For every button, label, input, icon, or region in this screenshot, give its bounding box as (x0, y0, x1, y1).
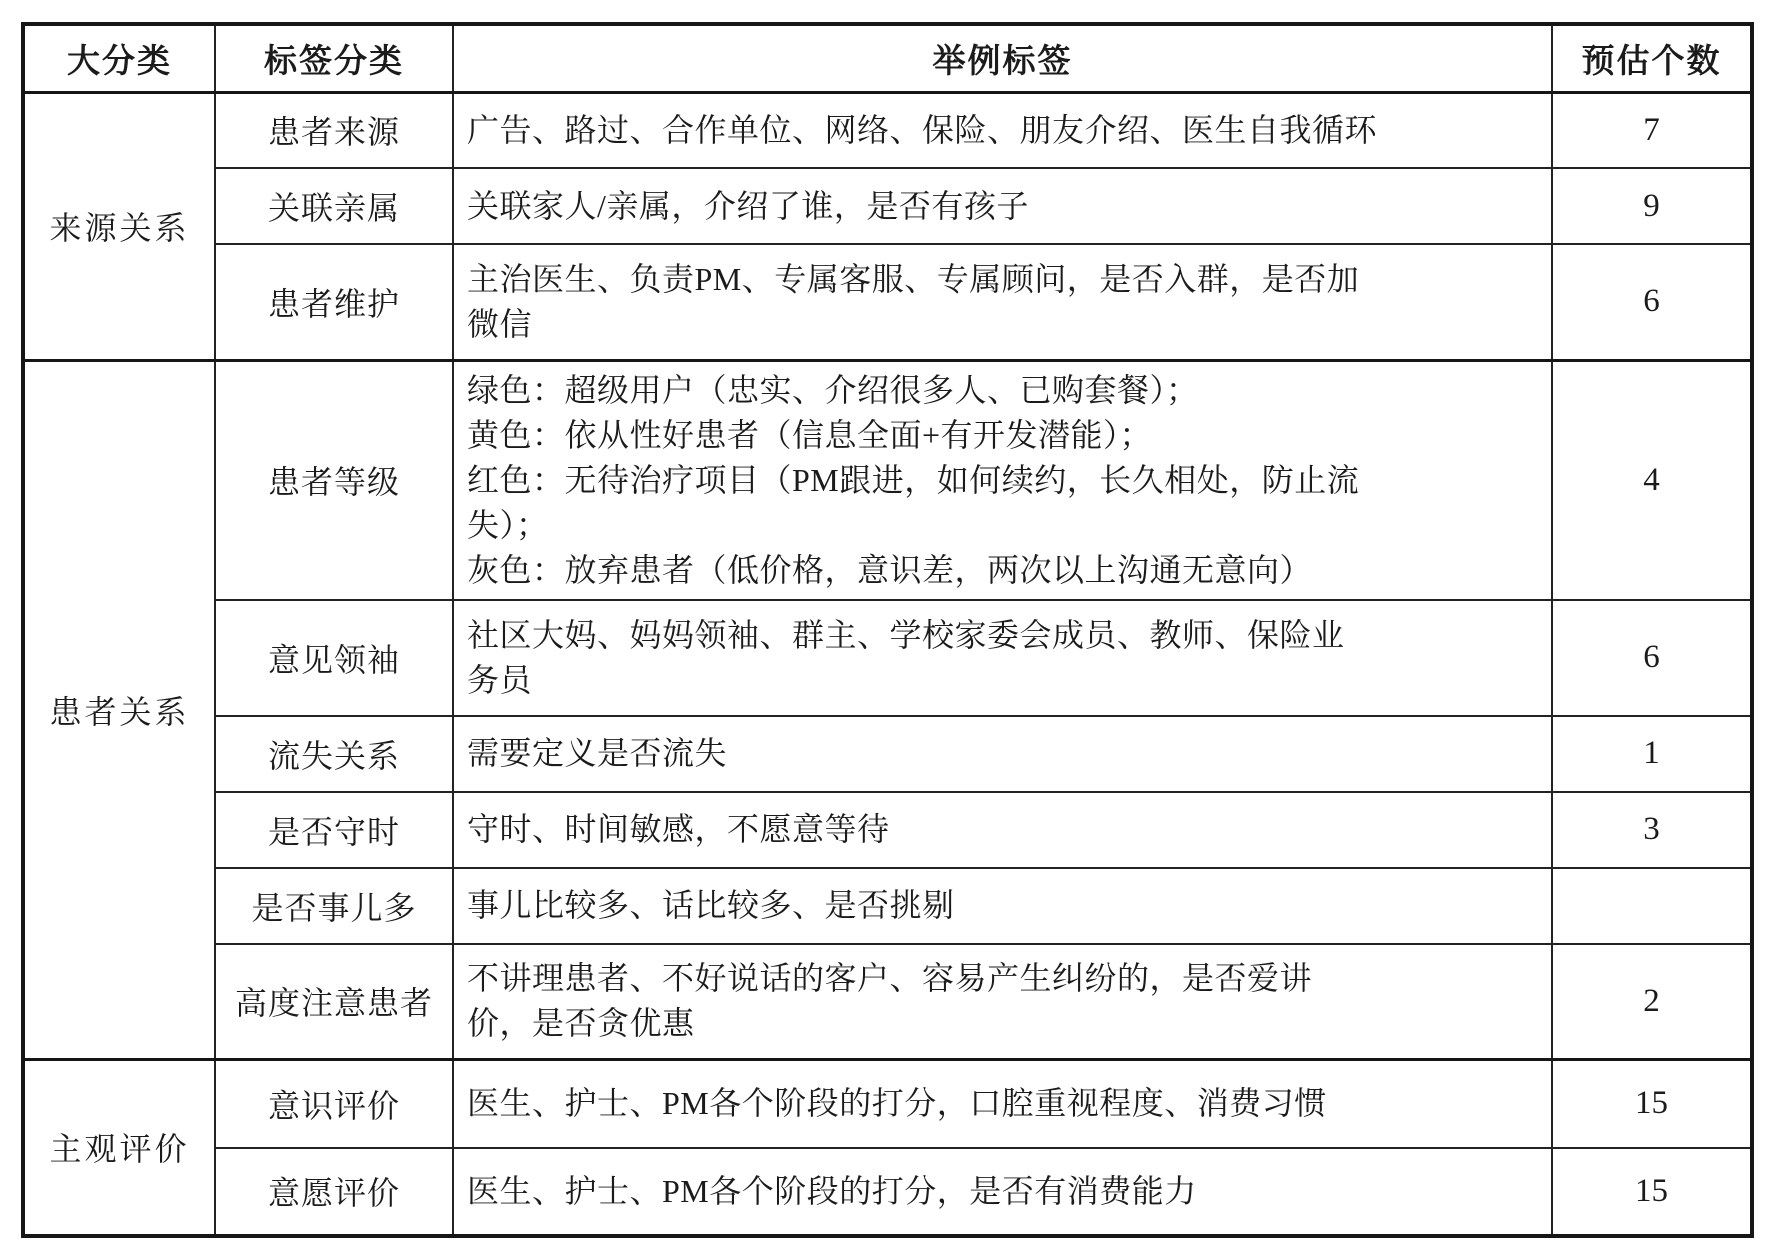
count-cell: 4 (1552, 360, 1752, 600)
table-row: 主观评价 意识评价 医生、护士、PM各个阶段的打分，口腔重视程度、消费习惯 15 (23, 1060, 1752, 1148)
table-row: 来源关系 患者来源 广告、路过、合作单位、网络、保险、朋友介绍、医生自我循环 7 (23, 92, 1752, 168)
table-row: 是否守时 守时、时间敏感，不愿意等待 3 (23, 792, 1752, 868)
examples-cell: 广告、路过、合作单位、网络、保险、朋友介绍、医生自我循环 (453, 92, 1552, 168)
examples-cell: 医生、护士、PM各个阶段的打分，是否有消费能力 (453, 1148, 1552, 1236)
examples-cell: 事儿比较多、话比较多、是否挑剔 (453, 868, 1552, 944)
header-cell-count: 预估个数 (1552, 24, 1752, 92)
category-cell-patient-relation: 患者关系 (23, 360, 215, 1060)
count-cell: 3 (1552, 792, 1752, 868)
examples-cell: 绿色：超级用户（忠实、介绍很多人、已购套餐）； 黄色：依从性好患者（信息全面+有… (453, 360, 1552, 600)
examples-cell: 主治医生、负责PM、专属客服、专属顾问，是否入群，是否加 微信 (453, 244, 1552, 360)
examples-cell: 关联家人/亲属，介绍了谁，是否有孩子 (453, 168, 1552, 244)
tag-cell: 患者来源 (215, 92, 453, 168)
count-cell: 6 (1552, 600, 1752, 716)
table-row: 高度注意患者 不讲理患者、不好说话的客户、容易产生纠纷的，是否爱讲 价，是否贪优… (23, 944, 1752, 1060)
tag-cell: 流失关系 (215, 716, 453, 792)
scanned-document-page: 大分类 标签分类 举例标签 预估个数 来源关系 患者来源 广告、路过、合作单位、… (0, 0, 1769, 1243)
count-cell: 7 (1552, 92, 1752, 168)
tag-cell: 是否事儿多 (215, 868, 453, 944)
count-cell: 6 (1552, 244, 1752, 360)
header-cell-tag: 标签分类 (215, 24, 453, 92)
tag-cell: 关联亲属 (215, 168, 453, 244)
examples-cell: 需要定义是否流失 (453, 716, 1552, 792)
table-row: 意见领袖 社区大妈、妈妈领袖、群主、学校家委会成员、教师、保险业 务员 6 (23, 600, 1752, 716)
count-cell-empty (1552, 868, 1752, 944)
tag-cell: 意愿评价 (215, 1148, 453, 1236)
count-cell: 15 (1552, 1060, 1752, 1148)
examples-cell: 社区大妈、妈妈领袖、群主、学校家委会成员、教师、保险业 务员 (453, 600, 1552, 716)
table-row: 关联亲属 关联家人/亲属，介绍了谁，是否有孩子 9 (23, 168, 1752, 244)
patient-tag-classification-table: 大分类 标签分类 举例标签 预估个数 来源关系 患者来源 广告、路过、合作单位、… (21, 22, 1754, 1238)
tag-cell: 高度注意患者 (215, 944, 453, 1060)
header-row: 大分类 标签分类 举例标签 预估个数 (23, 24, 1752, 92)
table-row: 流失关系 需要定义是否流失 1 (23, 716, 1752, 792)
tag-cell: 意识评价 (215, 1060, 453, 1148)
count-cell: 1 (1552, 716, 1752, 792)
table-row: 患者维护 主治医生、负责PM、专属客服、专属顾问，是否入群，是否加 微信 6 (23, 244, 1752, 360)
header-cell-category: 大分类 (23, 24, 215, 92)
tag-cell: 意见领袖 (215, 600, 453, 716)
category-cell-subjective: 主观评价 (23, 1060, 215, 1236)
count-cell: 15 (1552, 1148, 1752, 1236)
table-row: 是否事儿多 事儿比较多、话比较多、是否挑剔 (23, 868, 1752, 944)
count-cell: 9 (1552, 168, 1752, 244)
table-row: 意愿评价 医生、护士、PM各个阶段的打分，是否有消费能力 15 (23, 1148, 1752, 1236)
table-row: 患者关系 患者等级 绿色：超级用户（忠实、介绍很多人、已购套餐）； 黄色：依从性… (23, 360, 1752, 600)
examples-cell: 不讲理患者、不好说话的客户、容易产生纠纷的，是否爱讲 价，是否贪优惠 (453, 944, 1552, 1060)
tag-cell: 患者等级 (215, 360, 453, 600)
count-cell: 2 (1552, 944, 1752, 1060)
examples-cell: 守时、时间敏感，不愿意等待 (453, 792, 1552, 868)
examples-cell: 医生、护士、PM各个阶段的打分，口腔重视程度、消费习惯 (453, 1060, 1552, 1148)
tag-cell: 是否守时 (215, 792, 453, 868)
header-cell-examples: 举例标签 (453, 24, 1552, 92)
category-cell-source: 来源关系 (23, 92, 215, 360)
tag-cell: 患者维护 (215, 244, 453, 360)
